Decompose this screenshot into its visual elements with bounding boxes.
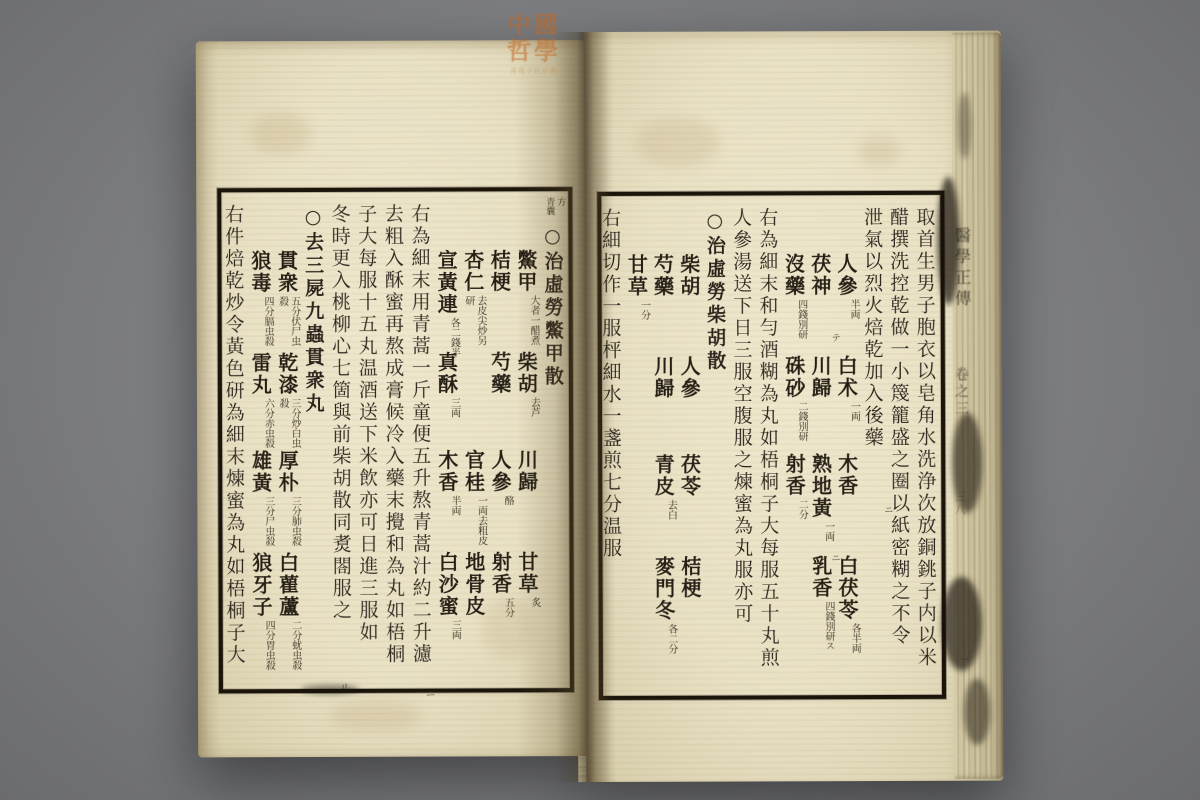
drug-name: 桔梗 — [487, 249, 511, 293]
drug-column: 人參半両白术一両木香白茯苓各半両 — [832, 253, 861, 683]
drug-item: 木香 — [833, 453, 860, 497]
source-label: 青囊方 — [544, 197, 565, 215]
drug-item: 甘草炙 — [513, 551, 540, 647]
margin-strip: 醫學正傳 卷之三 三八 — [946, 195, 980, 715]
drug-dose-note: 三分尸虫殺 — [262, 496, 274, 546]
drug-name: 地骨皮 — [462, 551, 486, 617]
drug-dose-note: 二錢別研 — [795, 401, 807, 451]
drug-item: 麥門冬各二分 — [650, 556, 677, 674]
source-label-text: 方 — [555, 197, 565, 215]
drug-name: 沒藥 — [781, 253, 805, 297]
drug-column: 柴胡人參茯苓桔梗 — [675, 254, 704, 684]
drug-name: 熟地黃 — [808, 453, 832, 519]
text-column: 右細切作一服枰細水一盞煎七分温服 — [597, 208, 624, 560]
margin-volume-title: 醫學正傳 — [950, 227, 973, 311]
drug-dose-note: 三分炒白虫殺 — [276, 398, 300, 448]
drug-dose-note: 一分 — [637, 300, 649, 350]
drug-dose-note: 二分 — [795, 499, 807, 549]
drug-name: 人參 — [488, 449, 512, 493]
drug-dose-note: 去芦 — [527, 397, 539, 447]
text-column: 取首生男子胞衣以皂角水洗浄次放銅銚子内以米 — [911, 207, 939, 669]
kunten-reading-mark: ス — [826, 639, 835, 652]
drug-name: 木香 — [435, 449, 459, 493]
drug-item: 地骨皮 — [460, 551, 487, 617]
drug-name: 射香 — [488, 551, 512, 595]
drug-item: 白茯苓各半両 — [833, 555, 860, 673]
drug-name: 射香 — [782, 453, 806, 497]
source-label-text: 青囊 — [544, 197, 554, 215]
drug-name: 狼牙子 — [249, 552, 273, 618]
drug-dose-note: 去白 — [664, 500, 676, 550]
drug-name: 杏仁 — [461, 249, 485, 293]
drug-column: 鱉甲大者一醋煮柴胡去芦川歸甘草炙 — [512, 249, 541, 679]
drug-name: 麥門冬 — [652, 556, 676, 622]
drug-item: 沒藥四錢別研 — [779, 253, 806, 349]
drug-dose-note: 去皮尖炒另研 — [462, 295, 486, 345]
drug-column: 杏仁去皮尖炒另研官桂一両去粗皮地骨皮 — [459, 249, 488, 679]
drug-column: 沒藥四錢別研硃砂二錢別研射香二分 — [779, 253, 808, 683]
book: ○治虛勞鱉甲散青囊方鱉甲大者一醋煮柴胡去芦川歸甘草炙桔梗芍藥人參酪射香五分杏仁去… — [196, 31, 1004, 784]
drug-item: 硃砂二錢別研 — [780, 355, 807, 451]
drug-item: 川歸 — [806, 355, 833, 399]
text-column: 右為細末用青蒿一斤童便五升熬青蒿汁約二升濾 — [406, 204, 434, 666]
drug-item: 乳香四錢別研 — [807, 555, 834, 651]
drug-name: 硃砂 — [782, 355, 806, 399]
drug-name: 川歸 — [808, 355, 832, 399]
drug-item: 白沙蜜三両 — [433, 551, 460, 669]
drug-dose-note: 各二分 — [665, 624, 677, 674]
text-frame-right: 取首生男子胞衣以皂角水洗浄次放銅銚子内以米醋撰洗控乾做一小篾籠盛之圈以紙密糊之不… — [597, 191, 946, 700]
drug-item: 柴胡去芦 — [512, 351, 539, 447]
drug-column: 芍藥川歸青皮去白麥門冬各二分 — [648, 254, 677, 684]
recipe-header: ○去三屍九蟲貫衆丸 — [300, 206, 327, 416]
text-column: 泄氣以烈火焙乾加入後藥 — [859, 207, 886, 449]
drug-name: 乾漆 — [275, 352, 299, 396]
drug-item: 人參 — [675, 356, 702, 400]
drug-item: 人參酪 — [486, 449, 513, 545]
drug-column: 宣黃連各二錢半真酥三両木香半両白沙蜜三両 — [432, 249, 461, 679]
drug-name: 白沙蜜 — [435, 551, 459, 617]
drug-name: 芍藥 — [650, 254, 674, 298]
drug-item: 雄黃三分尸虫殺 — [247, 450, 274, 546]
kunten-reading-mark: ニ — [426, 687, 435, 700]
drug-dose-note: 酪 — [501, 495, 513, 545]
drug-name: 貫衆 — [274, 250, 298, 294]
drug-item: 茯神 — [806, 253, 833, 297]
drug-dose-note: 四分膈虫殺 — [261, 296, 273, 346]
drug-column: 狼毒四分膈虫殺雷丸六分赤虫殺雄黃三分尸虫殺狼牙子四分胃虫殺 — [246, 250, 275, 680]
kunten-reading-mark: テ — [832, 331, 841, 344]
drug-dose-note: 一両 — [847, 401, 859, 451]
drug-item: 貫衆五分伏尸虫殺 — [272, 250, 299, 346]
drug-item: 狼毒四分膈虫殺 — [246, 250, 273, 346]
drug-item: 木香半両 — [433, 449, 460, 545]
text-column: 右件焙乾炒令黃色研為細末煉蜜為丸如梧桐子大 — [220, 204, 248, 666]
drug-name: 茯神 — [808, 253, 832, 297]
drug-column: 甘草一分 — [622, 254, 651, 684]
text-frame-left: ○治虛勞鱉甲散青囊方鱉甲大者一醋煮柴胡去芦川歸甘草炙桔梗芍藥人參酪射香五分杏仁去… — [217, 187, 574, 693]
drug-item: 茯苓 — [675, 454, 702, 498]
drug-item: 宣黃連各二錢半 — [432, 249, 459, 367]
drug-name: 宣黃連 — [434, 249, 458, 315]
drug-item: 厚朴三分肺虫殺 — [273, 450, 300, 546]
text-column: 冬時更入桃柳心七箇與前柴胡散同煑閤服之 — [326, 204, 353, 622]
drug-name: 乳香 — [809, 555, 833, 599]
text-column: 醋撰洗控乾做一小篾籠盛之圈以紙密糊之不令 — [885, 207, 913, 647]
photo-stage: ○治虛勞鱉甲散青囊方鱉甲大者一醋煮柴胡去芦川歸甘草炙桔梗芍藥人參酪射香五分杏仁去… — [0, 0, 1200, 800]
drug-item: 川歸 — [513, 449, 540, 493]
drug-item: 白雚蘆二分蚘虫殺 — [274, 552, 301, 670]
kunten-reading-mark: ニ — [884, 503, 893, 516]
drug-dose-note: 一両去粗皮 — [475, 495, 487, 545]
drug-dose-note: 半両 — [847, 299, 859, 349]
drug-name: 狼毒 — [248, 250, 272, 294]
drug-item: 射香五分 — [486, 551, 513, 647]
drug-name: 甘草 — [624, 254, 648, 298]
drug-item: 川歸 — [649, 356, 676, 400]
drug-name: 雄黃 — [249, 450, 273, 494]
drug-name: 人參 — [677, 356, 701, 400]
drug-name: 白茯苓 — [835, 555, 859, 621]
drug-name: 甘草 — [515, 551, 539, 595]
drug-item: 鱉甲大者一醋煮 — [512, 249, 539, 345]
drug-dose-note: 六分赤虫殺 — [261, 398, 273, 448]
drug-name: 芍藥 — [488, 351, 512, 395]
drug-dose-note: 三分肺虫殺 — [288, 496, 300, 546]
text-column: 人參湯送下日三服空腹服之煉蜜為丸服亦可 — [728, 207, 755, 625]
drug-dose-note: 炙 — [528, 597, 540, 647]
drug-item: 白术一両 — [832, 355, 859, 451]
drug-name: 茯苓 — [677, 454, 701, 498]
drug-dose-note: 四分胃虫殺 — [262, 620, 274, 670]
drug-name: 川歸 — [515, 449, 539, 493]
kunten-reading-mark: ニ — [832, 551, 841, 564]
drug-name: 人參 — [834, 253, 858, 297]
drug-name: 柴胡 — [677, 254, 701, 298]
drug-item: 真酥三両 — [432, 351, 459, 447]
drug-item: 甘草一分 — [622, 254, 649, 350]
margin-volume-number: 卷之三 — [951, 367, 971, 418]
drug-item: 射香二分 — [780, 453, 807, 549]
drug-column: 茯神川歸熟地黃一両乳香四錢別研 — [806, 253, 835, 683]
drug-name: 白术 — [834, 355, 858, 399]
drug-dose-note: 五分伏尸虫殺 — [276, 296, 300, 346]
margin-folio-number: 三八 — [951, 491, 967, 517]
drug-name: 柴胡 — [514, 351, 538, 395]
drug-dose-note: 各半両 — [848, 623, 860, 673]
drug-name: 真酥 — [434, 351, 458, 395]
drug-dose-note: 五分 — [501, 597, 513, 647]
drug-dose-note: 三両 — [448, 619, 460, 669]
text-column: 去粗入酥蜜再熬成膏候冷入藥末攪和為丸如梧桐 — [380, 204, 408, 666]
drug-item: 柴胡 — [675, 254, 702, 298]
drug-name: 川歸 — [651, 356, 675, 400]
kunten-reading-mark: 一 — [960, 653, 969, 666]
recipe-header: ○治虛勞柴胡散 — [702, 210, 729, 374]
drug-item: 青皮去白 — [649, 454, 676, 550]
drug-name: 青皮 — [651, 454, 675, 498]
drug-item: 乾漆三分炒白虫殺 — [273, 352, 300, 448]
page-left: ○治虛勞鱉甲散青囊方鱉甲大者一醋煮柴胡去芦川歸甘草炙桔梗芍藥人參酪射香五分杏仁去… — [196, 40, 587, 757]
drug-dose-note: 半両 — [448, 495, 460, 545]
drug-dose-note: 三両 — [448, 397, 460, 447]
drug-item: 桔梗 — [676, 556, 703, 600]
drug-name: 木香 — [835, 453, 859, 497]
drug-item: 官桂一両去粗皮 — [459, 449, 486, 545]
drug-item: 杏仁去皮尖炒另研 — [459, 249, 486, 345]
drug-name: 白雚蘆 — [276, 552, 300, 618]
drug-item: 桔梗 — [485, 249, 512, 293]
drug-name: 雷丸 — [248, 352, 272, 396]
kunten-reading-mark: リ — [340, 681, 349, 694]
text-column: 子大每服十五丸温酒送下米飲亦可日進三服如 — [353, 204, 381, 644]
drug-item: 芍藥 — [486, 351, 513, 395]
drug-column: 桔梗芍藥人參酪射香五分 — [485, 249, 514, 679]
drug-name: 桔梗 — [678, 556, 702, 600]
page-right: 取首生男子胞衣以皂角水洗浄次放銅銚子内以米醋撰洗控乾做一小篾籠盛之圈以紙密糊之不… — [584, 31, 1004, 782]
drug-column: 貫衆五分伏尸虫殺乾漆三分炒白虫殺厚朴三分肺虫殺白雚蘆二分蚘虫殺 — [272, 250, 301, 680]
drug-dose-note: 二分蚘虫殺 — [289, 620, 301, 670]
drug-name: 厚朴 — [275, 450, 299, 494]
recipe-header: ○治虛勞鱉甲散 — [539, 225, 566, 389]
drug-item: 狼牙子四分胃虫殺 — [247, 552, 274, 670]
drug-item: 熟地黃一両 — [806, 453, 833, 571]
drug-item: 雷丸六分赤虫殺 — [246, 352, 273, 448]
drug-item: 芍藥 — [648, 254, 675, 298]
drug-name: 官桂 — [461, 449, 485, 493]
text-column: 右為細末和勻酒糊為丸如梧桐子大每服五十丸煎 — [754, 207, 782, 669]
drug-name: 鱉甲 — [514, 249, 538, 293]
drug-dose-note: 四錢別研 — [795, 299, 807, 349]
drug-dose-note: 大者一醋煮 — [527, 295, 539, 345]
